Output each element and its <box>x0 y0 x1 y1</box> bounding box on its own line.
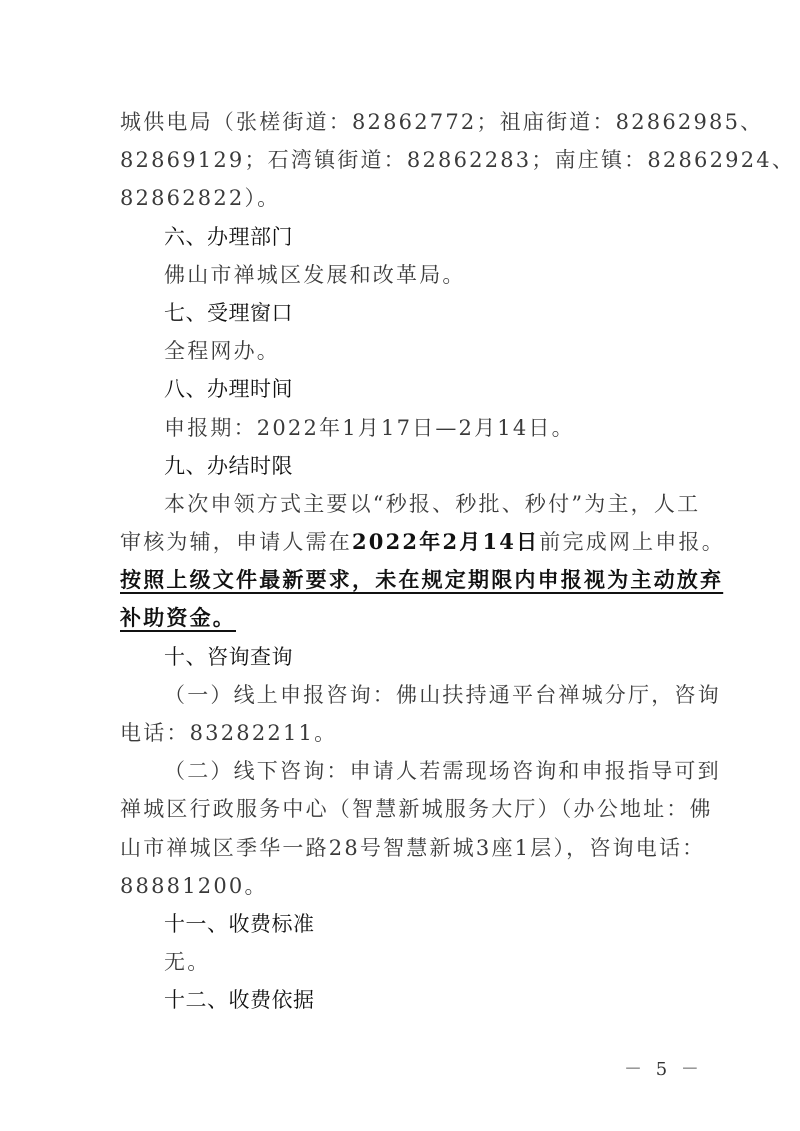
continuation-line-3: 82862822）。 <box>120 179 682 217</box>
underlined-notice-2: 补助资金。 <box>120 605 236 630</box>
page-number: － 5 － <box>624 1055 703 1081</box>
section-9-line-2-prefix: 审核为辅，申请人需在 <box>120 530 352 554</box>
section-9-line-1: 本次申领方式主要以“秒报、秒批、秒付”为主，人工 <box>120 485 682 523</box>
section-10-item-2-line-1: （二）线下咨询：申请人若需现场咨询和申报指导可到 <box>120 752 682 790</box>
deadline-date: 2022年2月14日 <box>352 529 539 554</box>
section-heading-9: 九、办结时限 <box>120 447 682 485</box>
section-10-item-2-line-4: 88881200。 <box>120 867 682 905</box>
section-body-8: 申报期：2022年1月17日—2月14日。 <box>120 409 682 447</box>
section-heading-12: 十二、收费依据 <box>120 981 682 1019</box>
section-9-line-3: 按照上级文件最新要求，未在规定期限内申报视为主动放弃 <box>120 561 682 599</box>
section-10-item-1-line-2: 电话：83282211。 <box>120 714 682 752</box>
section-10-item-1-line-1: （一）线上申报咨询：佛山扶持通平台禅城分厅，咨询 <box>120 676 682 714</box>
document-page: 城供电局（张槎街道：82862772；祖庙街道：82862985、 828691… <box>120 103 682 1020</box>
section-body-6: 佛山市禅城区发展和改革局。 <box>120 256 682 294</box>
section-9-line-2-suffix: 前完成网上申报。 <box>539 530 725 554</box>
underlined-notice-1: 按照上级文件最新要求，未在规定期限内申报视为主动放弃 <box>120 567 723 592</box>
continuation-line-2: 82869129；石湾镇街道：82862283；南庄镇：82862924、 <box>120 141 682 179</box>
section-9-line-2: 审核为辅，申请人需在2022年2月14日前完成网上申报。 <box>120 523 682 561</box>
section-body-7: 全程网办。 <box>120 332 682 370</box>
section-heading-7: 七、受理窗口 <box>120 294 682 332</box>
section-heading-11: 十一、收费标准 <box>120 905 682 943</box>
section-heading-10: 十、咨询查询 <box>120 638 682 676</box>
section-10-item-2-line-3: 山市禅城区季华一路28号智慧新城3座1层），咨询电话： <box>120 829 682 867</box>
section-heading-8: 八、办理时间 <box>120 370 682 408</box>
section-heading-6: 六、办理部门 <box>120 218 682 256</box>
section-9-line-4: 补助资金。 <box>120 599 682 637</box>
section-10-item-2-line-2: 禅城区行政服务中心（智慧新城服务大厅）（办公地址：佛 <box>120 790 682 828</box>
continuation-line-1: 城供电局（张槎街道：82862772；祖庙街道：82862985、 <box>120 103 682 141</box>
section-body-11: 无。 <box>120 943 682 981</box>
